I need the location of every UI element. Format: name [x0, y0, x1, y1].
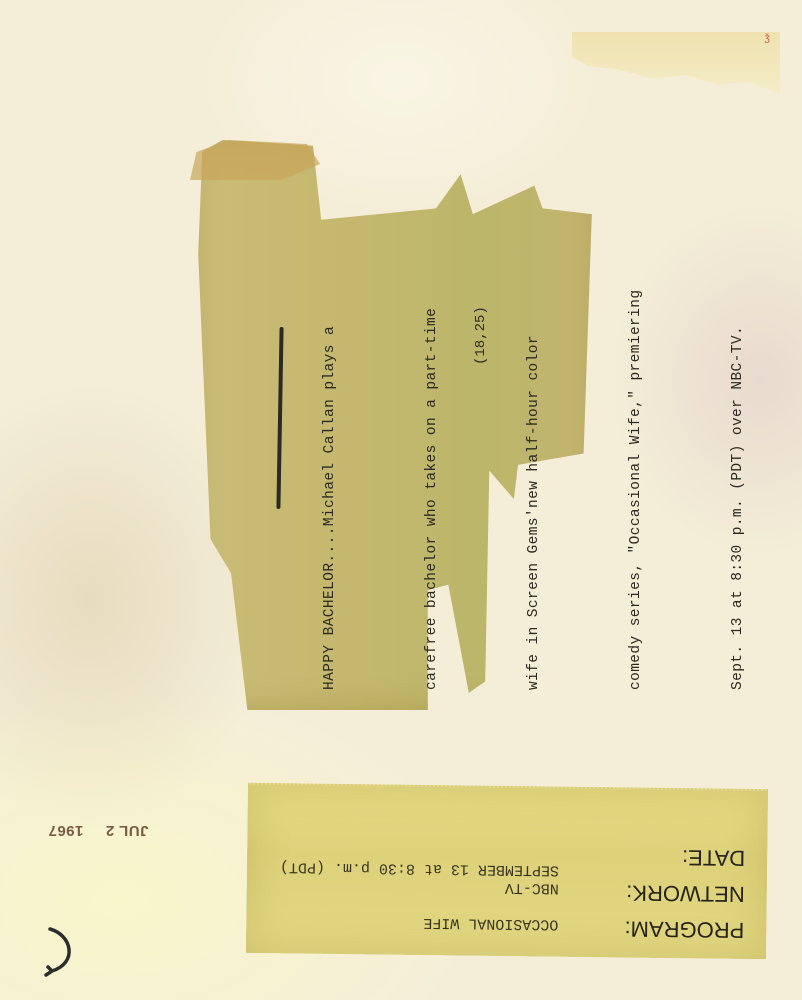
program-snipe: PROGRAM: OCCASIONAL WIFE NETWORK: NBC-TV…	[246, 783, 768, 959]
date-label: DATE:	[603, 843, 745, 871]
caption-text: HAPPY BACHELOR....Michael Callan plays a…	[245, 220, 802, 690]
network-label: NETWORK:	[603, 879, 745, 907]
tape-stain	[572, 32, 780, 94]
caption-line: Sept. 13 at 8:30 p.m. (PDT) over NBC-TV.	[721, 220, 755, 690]
handwritten-mark-icon	[42, 925, 78, 980]
caption-line: comedy series, "Occasional Wife," premie…	[619, 220, 653, 690]
program-label: PROGRAM:	[602, 915, 744, 943]
date-stamp: JUL 21967	[48, 822, 148, 839]
photo-back-page: ǯ HAPPY BACHELOR....Michael Callan plays…	[0, 0, 802, 1000]
reference-code: (18,25)	[473, 306, 489, 365]
date-value: SEPTEMBER 13 at 8:30 p.m. (PDT)	[280, 858, 559, 878]
snipe-program-row: PROGRAM: OCCASIONAL WIFE	[268, 901, 744, 943]
stamp-year: 1967	[48, 822, 83, 839]
caption-line: carefree bachelor who takes on a part-ti…	[415, 220, 449, 690]
caption-line: HAPPY BACHELOR....Michael Callan plays a	[313, 220, 347, 690]
caption-line: wife in Screen Gems'new half-hour color	[517, 220, 551, 690]
red-mark: ǯ	[764, 34, 772, 48]
program-value: OCCASIONAL WIFE	[423, 914, 558, 933]
stamp-month-day: JUL 2	[105, 822, 148, 839]
snipe-date-row: DATE: SEPTEMBER 13 at 8:30 p.m. (PDT)	[269, 829, 745, 871]
network-value: NBC-TV	[505, 879, 559, 897]
